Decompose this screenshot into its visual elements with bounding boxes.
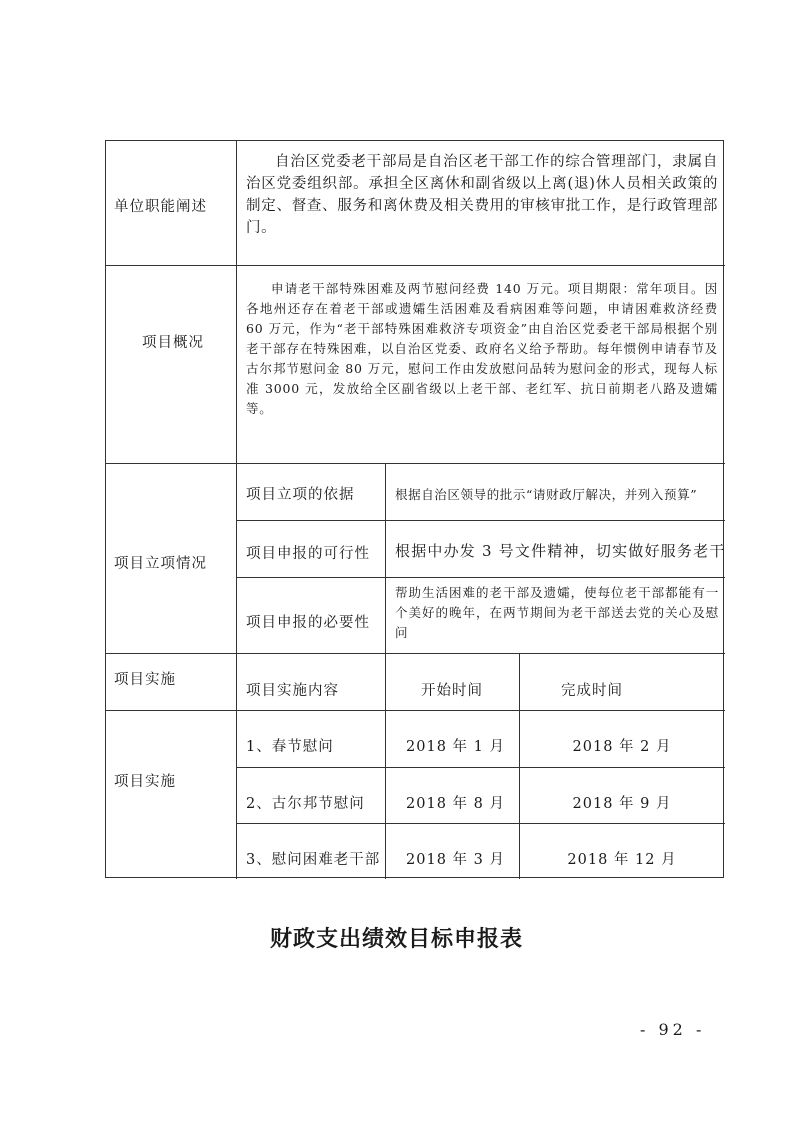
project-info-table: 单位职能阐述 自治区党委老干部局是自治区老干部工作的综合管理部门，隶属自治区党委… <box>105 140 724 878</box>
impl-start: 2018 年 1 月 <box>385 735 519 756</box>
project-overview-text: 申请老干部特殊困难及两节慰问经费 140 万元。项目期限：常年项目。因各地州还存… <box>246 279 718 419</box>
row-divider <box>106 463 725 464</box>
establishment-basis-value: 根据自治区领导的批示“请财政厅解决，并列入预算” <box>395 485 721 503</box>
establishment-basis-label: 项目立项的依据 <box>246 483 355 504</box>
feasibility-value: 根据中办发 3 号文件精神，切实做好服务老干 <box>395 540 721 561</box>
impl-content: 2、古尔邦节慰问 <box>246 792 365 813</box>
impl-content: 3、慰问困难老干部 <box>246 848 380 869</box>
row-divider <box>236 767 725 768</box>
impl-content: 1、春节慰问 <box>246 735 334 756</box>
project-overview-label: 项目概况 <box>142 331 204 352</box>
impl-end: 2018 年 12 月 <box>519 848 725 869</box>
unit-function-text: 自治区党委老干部局是自治区老干部工作的综合管理部门，隶属自治区党委组织部。承担全… <box>246 151 718 239</box>
impl-end: 2018 年 2 月 <box>519 735 725 756</box>
row-divider <box>236 577 725 578</box>
col-header-content: 项目实施内容 <box>246 679 339 700</box>
col-header-end: 完成时间 <box>519 679 725 700</box>
impl-end: 2018 年 9 月 <box>519 792 725 813</box>
implementation-header-label: 项目实施 <box>114 668 176 689</box>
feasibility-label: 项目申报的可行性 <box>246 542 370 563</box>
row-divider <box>106 265 725 266</box>
project-establishment-label: 项目立项情况 <box>114 552 207 573</box>
row-divider <box>106 710 725 711</box>
col-divider <box>385 463 386 879</box>
row-divider <box>106 653 725 654</box>
necessity-label: 项目申报的必要性 <box>246 611 370 632</box>
page-number: - 92 - <box>640 1020 705 1039</box>
col-header-start: 开始时间 <box>385 679 519 700</box>
impl-start: 2018 年 3 月 <box>385 848 519 869</box>
impl-start: 2018 年 8 月 <box>385 792 519 813</box>
col-divider <box>236 141 237 879</box>
implementation-label: 项目实施 <box>114 770 176 791</box>
row-divider <box>236 823 725 824</box>
necessity-value: 帮助生活困难的老干部及遗孀，使每位老干部都能有一个美好的晚年，在两节期间为老干部… <box>395 583 719 643</box>
unit-function-label: 单位职能阐述 <box>114 195 207 216</box>
row-divider <box>236 520 725 521</box>
section-title: 财政支出绩效目标申报表 <box>0 922 793 953</box>
